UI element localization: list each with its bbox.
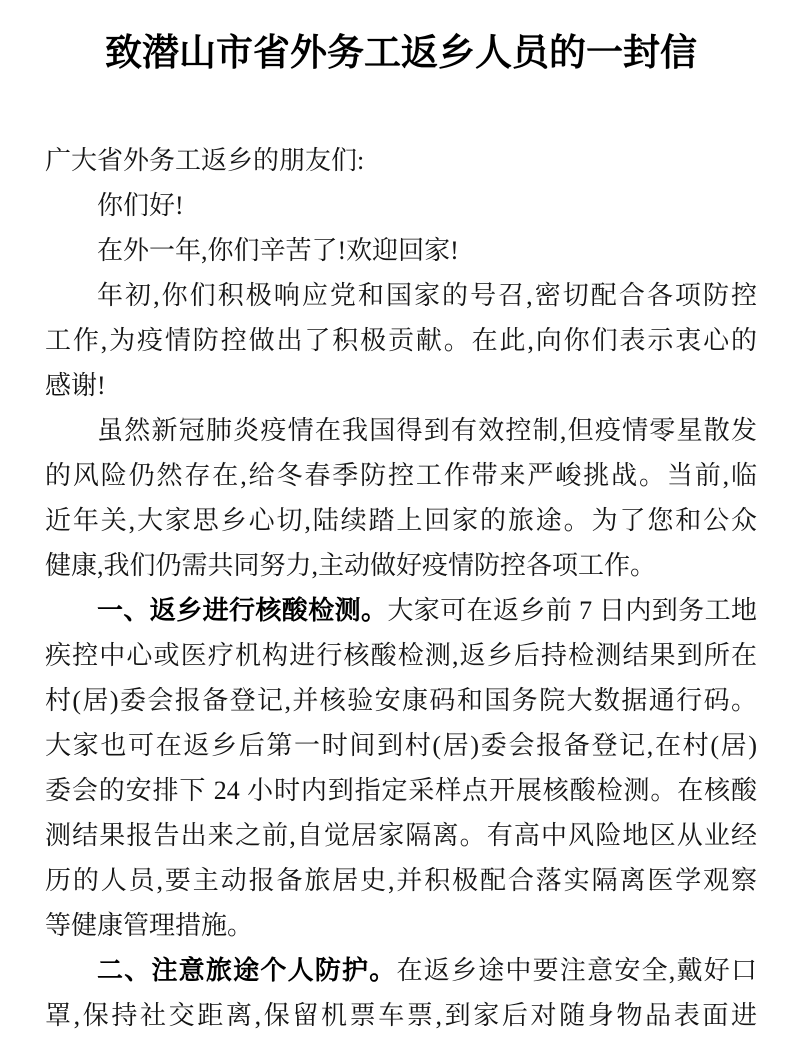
text-line: 感谢! xyxy=(45,363,757,408)
document-title: 致潜山市省外务工返乡人员的一封信 xyxy=(45,26,757,80)
text-line: 历的人员,要主动报备旅居史,并积极配合落实隔离医学观察 xyxy=(45,858,757,903)
body-text: 近年关,大家思乡心切,陆续踏上回家的旅途。为了您和公众 xyxy=(45,506,757,535)
text-line: 疾控中心或医疗机构进行核酸检测,返乡后持检测结果到所在 xyxy=(45,633,757,678)
body-text: 村(居)委会报备登记,并核验安康码和国务院大数据通行码。 xyxy=(45,686,757,715)
body-text: 等健康管理措施。 xyxy=(45,911,253,940)
text-line: 二、注意旅途个人防护。在返乡途中要注意安全,戴好口 xyxy=(45,948,757,993)
text-line: 的风险仍然存在,给冬春季防控工作带来严峻挑战。当前,临 xyxy=(45,453,757,498)
text-line: 大家也可在返乡后第一时间到村(居)委会报备登记,在村(居) xyxy=(45,723,757,768)
text-line: 等健康管理措施。 xyxy=(45,903,757,948)
text-line: 村(居)委会报备登记,并核验安康码和国务院大数据通行码。 xyxy=(45,678,757,723)
body-text: 虽然新冠肺炎疫情在我国得到有效控制,但疫情零星散发 xyxy=(97,416,757,445)
text-line: 罩,保持社交距离,保留机票车票,到家后对随身物品表面进 xyxy=(45,993,757,1038)
body-text: 委会的安排下 24 小时内到指定采样点开展核酸检测。在核酸检 xyxy=(45,776,757,813)
body-text: 疾控中心或医疗机构进行核酸检测,返乡后持检测结果到所在 xyxy=(45,641,757,670)
body-text: 健康,我们仍需共同努力,主动做好疫情防控各项工作。 xyxy=(45,551,656,580)
text-line: 在外一年,你们辛苦了!欢迎回家! xyxy=(45,228,757,273)
body-text: 在外一年,你们辛苦了!欢迎回家! xyxy=(97,236,459,265)
body-text: 你们好! xyxy=(97,191,184,220)
body-text: 广大省外务工返乡的朋友们: xyxy=(45,146,364,175)
text-line: 委会的安排下 24 小时内到指定采样点开展核酸检测。在核酸检 xyxy=(45,768,757,813)
text-line: 虽然新冠肺炎疫情在我国得到有效控制,但疫情零星散发 xyxy=(45,408,757,453)
text-line: 一、返乡进行核酸检测。大家可在返乡前 7 日内到务工地 xyxy=(45,588,757,633)
text-line: 年初,你们积极响应党和国家的号召,密切配合各项防控 xyxy=(45,273,757,318)
section-heading: 一、返乡进行核酸检测。 xyxy=(97,596,387,625)
letter-body: 广大省外务工返乡的朋友们:你们好!在外一年,你们辛苦了!欢迎回家!年初,你们积极… xyxy=(45,138,757,1038)
body-text: 罩,保持社交距离,保留机票车票,到家后对随身物品表面进 xyxy=(45,1001,757,1030)
text-line: 测结果报告出来之前,自觉居家隔离。有高中风险地区从业经 xyxy=(45,813,757,858)
body-text: 年初,你们积极响应党和国家的号召,密切配合各项防控 xyxy=(97,281,757,310)
letter-page: 致潜山市省外务工返乡人员的一封信 广大省外务工返乡的朋友们:你们好!在外一年,你… xyxy=(0,0,800,1064)
text-line: 广大省外务工返乡的朋友们: xyxy=(45,138,757,183)
text-line: 你们好! xyxy=(45,183,757,228)
body-text: 在返乡途中要注意安全,戴好口 xyxy=(397,956,757,985)
body-text: 测结果报告出来之前,自觉居家隔离。有高中风险地区从业经 xyxy=(45,821,757,850)
text-line: 近年关,大家思乡心切,陆续踏上回家的旅途。为了您和公众 xyxy=(45,498,757,543)
text-line: 工作,为疫情防控做出了积极贡献。在此,向你们表示衷心的 xyxy=(45,318,757,363)
body-text: 感谢! xyxy=(45,371,106,400)
body-text: 历的人员,要主动报备旅居史,并积极配合落实隔离医学观察 xyxy=(45,866,757,895)
body-text: 工作,为疫情防控做出了积极贡献。在此,向你们表示衷心的 xyxy=(45,326,757,355)
body-text: 的风险仍然存在,给冬春季防控工作带来严峻挑战。当前,临 xyxy=(45,461,757,490)
body-text: 大家可在返乡前 7 日内到务工地 xyxy=(387,596,757,625)
text-line: 健康,我们仍需共同努力,主动做好疫情防控各项工作。 xyxy=(45,543,757,588)
section-heading: 二、注意旅途个人防护。 xyxy=(97,956,397,985)
body-text: 大家也可在返乡后第一时间到村(居)委会报备登记,在村(居) xyxy=(45,731,757,760)
